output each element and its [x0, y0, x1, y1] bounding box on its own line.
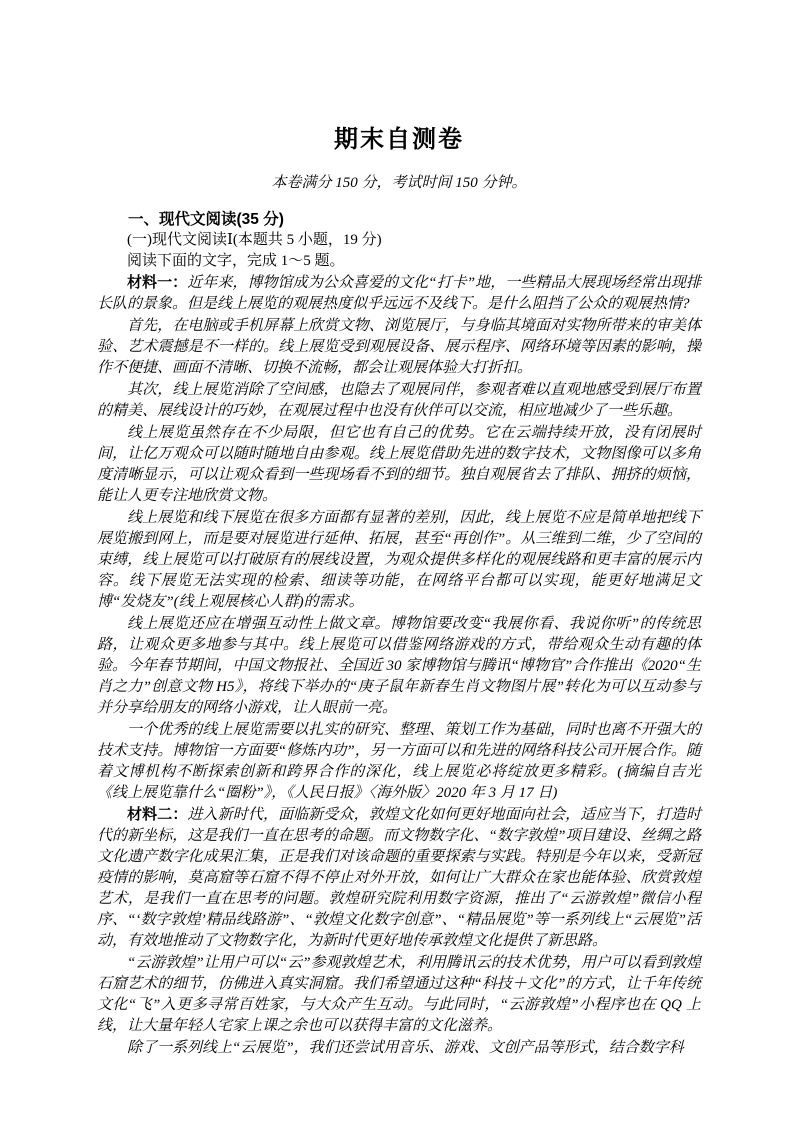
paragraph-text: 线上展览虽然存在不少局限，但它也有自己的优势。它在云端持续开放，没有闭展时间，让… — [97, 425, 701, 504]
paragraph-text: “云游敦煌”让用户可以“云”参观敦煌艺术，利用腾讯云的技术优势，用户可以看到敦煌… — [97, 955, 701, 1034]
material-1-label: 材料一： — [127, 274, 187, 291]
paragraph: 首先，在电脑或手机屏幕上欣赏文物、浏览展厅，与身临其境面对实物所带来的审美体验、… — [97, 315, 701, 379]
reading-instruction: 阅读下面的文字，完成 1～5 题。 — [97, 251, 701, 272]
paragraph: 线上展览虽然存在不少局限，但它也有自己的优势。它在云端持续开放，没有闭展时间，让… — [97, 422, 701, 507]
paragraph-material-1: 材料一：近年来，博物馆成为公众喜爱的文化“打卡”地，一些精品大展现场经常出现排长… — [97, 272, 701, 315]
subsection-heading: (一)现代文阅读Ⅰ(本题共 5 小题，19 分) — [97, 230, 701, 251]
paragraph: 除了一系列线上“云展览”，我们还尝试用音乐、游戏、文创产品等形式，结合数字科 — [97, 1037, 701, 1059]
paragraph-text: 线上展览和线下展览在很多方面都有显著的差别，因此，线上展览不应是简单地把线下展览… — [97, 510, 701, 610]
paragraph-text: 除了一系列线上“云展览”，我们还尝试用音乐、游戏、文创产品等形式，结合数字科 — [127, 1040, 684, 1056]
paragraph-text: 进入新时代，面临新受众，敦煌文化如何更好地面向社会，适应当下，打造时代的新坐标，… — [97, 807, 701, 949]
paragraph-text: 线上展览还应在增强互动性上做文章。博物馆要改变“我展你看、我说你听”的传统思路，… — [97, 616, 701, 716]
paragraph: 线上展览和线下展览在很多方面都有显著的差别，因此，线上展览不应是简单地把线下展览… — [97, 507, 701, 613]
section-heading: 一、现代文阅读(35 分) — [97, 209, 701, 230]
paragraph: 线上展览还应在增强互动性上做文章。博物馆要改变“我展你看、我说你听”的传统思路，… — [97, 613, 701, 719]
paragraph: 其次，线上展览消除了空间感，也隐去了观展同伴，参观者难以直观地感受到展厅布置的精… — [97, 379, 701, 422]
exam-info-line: 本卷满分 150 分，考试时间 150 分钟。 — [97, 173, 701, 194]
document-content: 期末自测卷 本卷满分 150 分，考试时间 150 分钟。 一、现代文阅读(35… — [97, 0, 701, 1059]
paragraph-text: 一个优秀的线上展览需要以扎实的研究、整理、策划工作为基础，同时也离不开强大的技术… — [97, 722, 701, 801]
paragraph: “云游敦煌”让用户可以“云”参观敦煌艺术，利用腾讯云的技术优势，用户可以看到敦煌… — [97, 952, 701, 1037]
paragraph-text: 近年来，博物馆成为公众喜爱的文化“打卡”地，一些精品大展现场经常出现排长队的景象… — [97, 275, 701, 312]
paragraph-material-2: 材料二：进入新时代，面临新受众，敦煌文化如何更好地面向社会，适应当下，打造时代的… — [97, 804, 701, 952]
paragraph-text: 首先，在电脑或手机屏幕上欣赏文物、浏览展厅，与身临其境面对实物所带来的审美体验、… — [97, 318, 701, 376]
paragraph-text: 其次，线上展览消除了空间感，也隐去了观展同伴，参观者难以直观地感受到展厅布置的精… — [97, 382, 701, 419]
page-title: 期末自测卷 — [97, 0, 701, 156]
material-2-label: 材料二： — [127, 806, 187, 823]
paragraph: 一个优秀的线上展览需要以扎实的研究、整理、策划工作为基础，同时也离不开强大的技术… — [97, 719, 701, 804]
exam-paper-page: 期末自测卷 本卷满分 150 分，考试时间 150 分钟。 一、现代文阅读(35… — [0, 0, 793, 1122]
